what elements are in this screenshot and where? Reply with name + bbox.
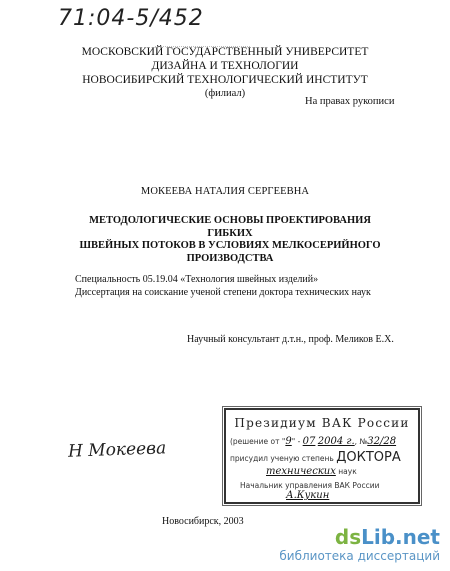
institution-line-3: НОВОСИБИРСКИЙ ТЕХНОЛОГИЧЕСКИЙ ИНСТИТУТ	[60, 73, 390, 87]
author-signature: Н Мокеева	[68, 438, 167, 461]
specialty-block: Специальность 05.19.04 «Технология швейн…	[75, 273, 371, 299]
stamp-awarded-prefix: присудил ученую степень	[230, 454, 334, 463]
stamp-field: технических	[266, 466, 336, 477]
logo-ds: ds	[335, 525, 361, 549]
stamp-title: Президиум ВАК России	[226, 416, 418, 430]
dslib-watermark[interactable]: dsLib.net библиотека диссертаций	[279, 526, 440, 563]
title-line-2: ШВЕЙНЫХ ПОТОКОВ В УСЛОВИЯХ МЕЛКОСЕРИЙНОГ…	[70, 240, 390, 253]
dissertation-title: МЕТОДОЛОГИЧЕСКИЕ ОСНОВЫ ПРОЕКТИРОВАНИЯ Г…	[70, 215, 390, 265]
stamp-head-row: Начальник управления ВАК России	[240, 481, 379, 490]
stamp-head-signature: А.Кукин	[286, 490, 329, 501]
rights-note: На правах рукописи	[305, 96, 394, 107]
city-year: Новосибирск, 2003	[162, 516, 244, 527]
stamp-year: 2004 г.	[318, 436, 355, 447]
stamp-decision-prefix: (решение от "	[230, 437, 285, 446]
institution-line-2: ДИЗАЙНА И ТЕХНОЛОГИИ	[60, 59, 390, 73]
degree-line: Диссертация на соискание ученой степени …	[75, 286, 371, 299]
dslib-logo[interactable]: dsLib.net	[279, 526, 440, 548]
watermark-subtitle: библиотека диссертаций	[279, 549, 440, 563]
stamp-decision-row: (решение от "9" - 07 2004 г., №32/28	[230, 436, 396, 447]
title-line-3: ПРОИЗВОДСТВА	[70, 253, 390, 266]
archive-number: 71:04-5/452	[58, 6, 204, 31]
stamp-degree: ДОКТОРА	[336, 450, 401, 465]
author-name: МОКЕЕВА НАТАЛИЯ СЕРГЕЕВНА	[0, 186, 450, 197]
stamp-awarded-row: присудил ученую степень ДОКТОРА	[230, 450, 401, 465]
stamp-field-suffix: наук	[338, 467, 356, 476]
scientific-consultant: Научный консультант д.т.н., проф. Мелико…	[187, 334, 394, 345]
institution-block: МОСКОВСКИЙ ГОСУДАРСТВЕННЫЙ УНИВЕРСИТЕТ Д…	[60, 45, 390, 101]
specialty: Специальность 05.19.04 «Технология швейн…	[75, 273, 371, 286]
vak-stamp: Президиум ВАК России (решение от "9" - 0…	[224, 408, 420, 504]
stamp-sep: " -	[292, 437, 303, 446]
title-line-1: МЕТОДОЛОГИЧЕСКИЕ ОСНОВЫ ПРОЕКТИРОВАНИЯ Г…	[70, 215, 390, 240]
stamp-field-row: технических наук	[266, 466, 357, 477]
logo-lib: Lib.net	[361, 525, 440, 549]
stamp-month: 07	[303, 436, 316, 447]
stamp-number: 32/28	[367, 436, 396, 447]
stamp-num-prefix: , №	[355, 437, 368, 446]
institution-line-1: МОСКОВСКИЙ ГОСУДАРСТВЕННЫЙ УНИВЕРСИТЕТ	[60, 45, 390, 59]
